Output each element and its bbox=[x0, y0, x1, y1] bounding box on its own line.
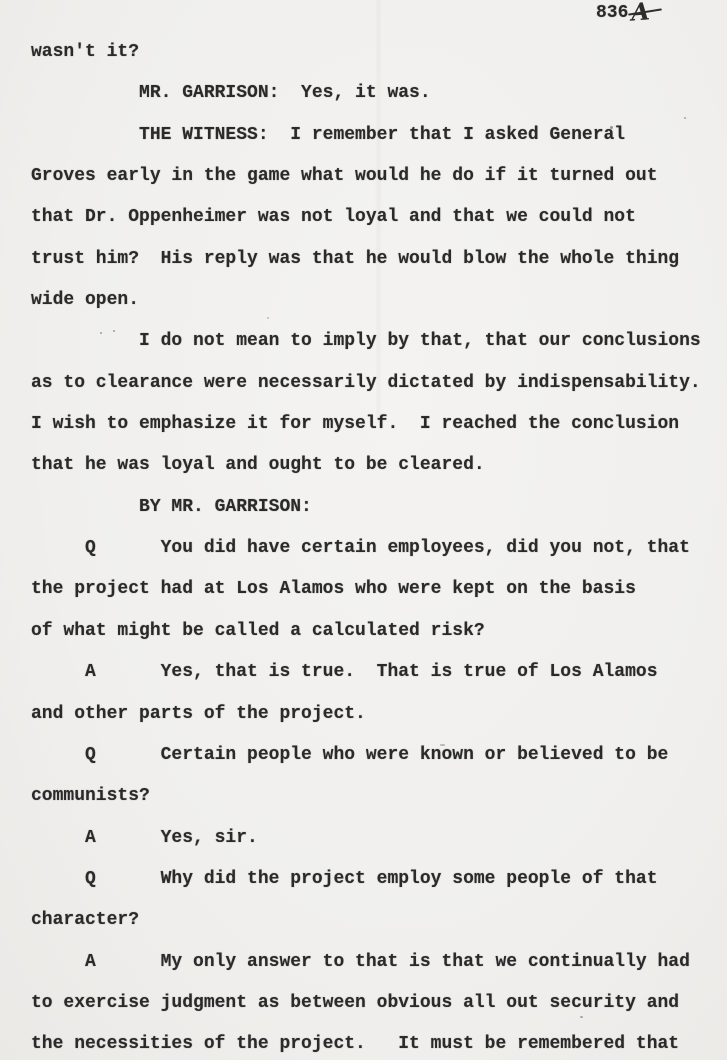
transcript-line: the project had at Los Alamos who were k… bbox=[31, 569, 701, 610]
transcript-line: and other parts of the project. bbox=[31, 694, 701, 735]
transcript-line: of what might be called a calculated ris… bbox=[31, 611, 701, 652]
transcript-line: trust him? His reply was that he would b… bbox=[31, 239, 701, 280]
transcript-line: that he was loyal and ought to be cleare… bbox=[31, 445, 701, 486]
transcript-line: wide open. bbox=[31, 280, 701, 321]
transcript-line: wasn't it? bbox=[31, 32, 701, 73]
transcript-line-speaker-garrison: MR. GARRISON: Yes, it was. bbox=[31, 73, 701, 114]
transcript-text-block: wasn't it? MR. GARRISON: Yes, it was. TH… bbox=[31, 32, 701, 1060]
transcript-line-speaker-witness: THE WITNESS: I remember that I asked Gen… bbox=[31, 115, 701, 156]
transcript-line: that Dr. Oppenheimer was not loyal and t… bbox=[31, 197, 701, 238]
transcript-line: to exercise judgment as between obvious … bbox=[31, 983, 701, 1024]
transcript-line: communists? bbox=[31, 776, 701, 817]
page-number: 836 bbox=[596, 3, 628, 23]
transcript-line-answer: A My only answer to that is that we cont… bbox=[31, 942, 701, 983]
transcript-line: I wish to emphasize it for myself. I rea… bbox=[31, 404, 701, 445]
transcript-line-answer: A Yes, sir. bbox=[31, 818, 701, 859]
transcript-line-question: Q Certain people who were known or belie… bbox=[31, 735, 701, 776]
transcript-line-question: Q Why did the project employ some people… bbox=[31, 859, 701, 900]
transcript-line: as to clearance were necessarily dictate… bbox=[31, 363, 701, 404]
transcript-line: I do not mean to imply by that, that our… bbox=[31, 321, 701, 362]
transcript-line-question: Q You did have certain employees, did yo… bbox=[31, 528, 701, 569]
transcript-line: the necessities of the project. It must … bbox=[31, 1024, 701, 1060]
transcript-line: character? bbox=[31, 900, 701, 941]
transcript-line: Groves early in the game what would he d… bbox=[31, 156, 701, 197]
transcript-line-answer: A Yes, that is true. That is true of Los… bbox=[31, 652, 701, 693]
transcript-line-examination-heading: BY MR. GARRISON: bbox=[31, 487, 701, 528]
